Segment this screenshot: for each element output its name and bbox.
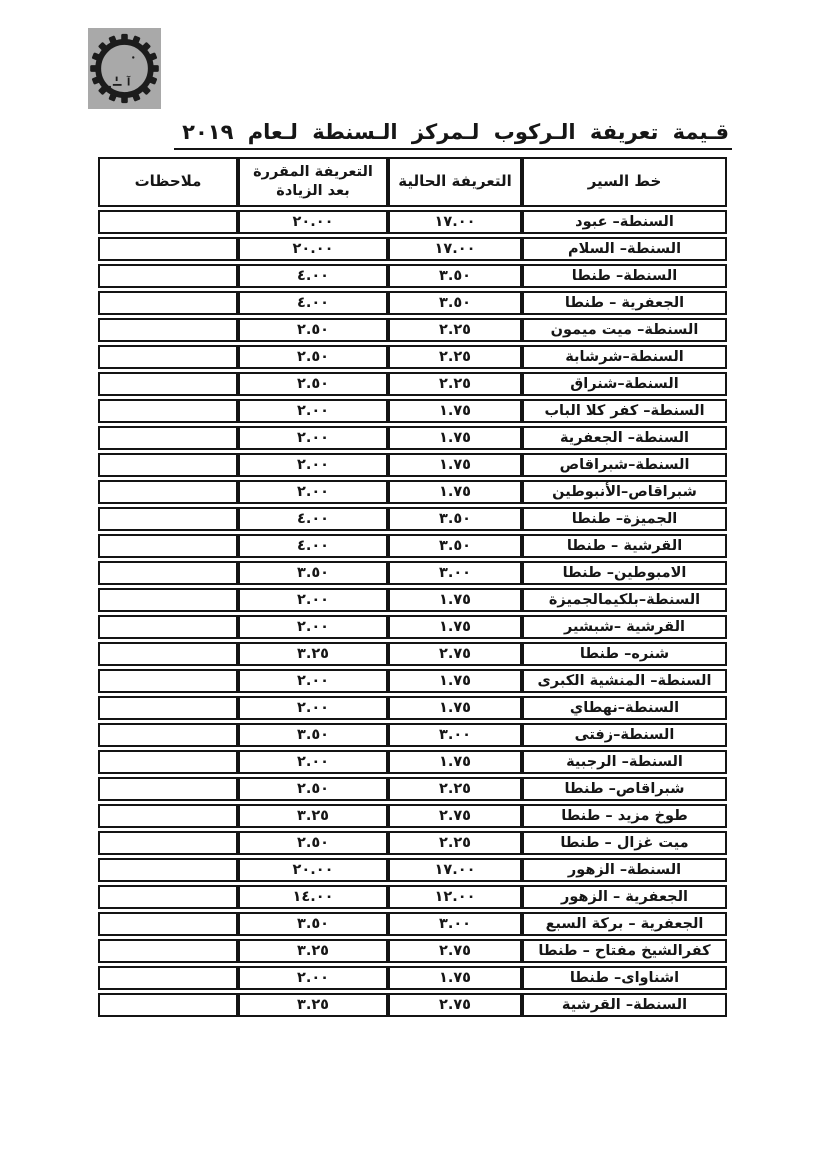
table-row: السنطة– الرجبية١.٧٥٢.٠٠ [98, 750, 727, 774]
column-header-approved-fare: التعريفة المقررة بعد الزيادة [238, 157, 388, 207]
current-fare-cell: ١.٧٥ [388, 750, 522, 774]
route-cell: القرشية –شبشير [522, 615, 727, 639]
current-fare-cell: ٣.٥٠ [388, 264, 522, 288]
current-fare-cell: ١٧.٠٠ [388, 858, 522, 882]
table-row: ميت غزال – طنطا٢.٢٥٢.٥٠ [98, 831, 727, 855]
approved-fare-cell: ٣.٢٥ [238, 804, 388, 828]
approved-fare-cell: ٢.٠٠ [238, 696, 388, 720]
route-cell: السنطة–شرشابة [522, 345, 727, 369]
notes-cell [98, 372, 238, 396]
approved-fare-cell: ٢.٥٠ [238, 345, 388, 369]
approved-fare-cell: ٣.٢٥ [238, 642, 388, 666]
table-row: السنطة– الجعفرية١.٧٥٢.٠٠ [98, 426, 727, 450]
current-fare-cell: ٣.٥٠ [388, 534, 522, 558]
approved-fare-cell: ٣.٢٥ [238, 993, 388, 1017]
route-cell: شبراقاص–الأنبوطين [522, 480, 727, 504]
current-fare-cell: ٢.٧٥ [388, 993, 522, 1017]
notes-cell [98, 237, 238, 261]
approved-fare-cell: ٢.٥٠ [238, 831, 388, 855]
approved-fare-cell: ٤.٠٠ [238, 534, 388, 558]
approved-fare-cell: ٢.٥٠ [238, 372, 388, 396]
table-row: السنطة– الزهور١٧.٠٠٢٠.٠٠ [98, 858, 727, 882]
approved-fare-cell: ٢.٠٠ [238, 588, 388, 612]
approved-fare-cell: ٣.٢٥ [238, 939, 388, 963]
current-fare-cell: ١.٧٥ [388, 669, 522, 693]
current-fare-cell: ١.٧٥ [388, 588, 522, 612]
notes-cell [98, 750, 238, 774]
table-row: شنره– طنطا٢.٧٥٣.٢٥ [98, 642, 727, 666]
current-fare-cell: ١.٧٥ [388, 399, 522, 423]
approved-fare-cell: ٢.٠٠ [238, 966, 388, 990]
fare-table-body: السنطة– عبود١٧.٠٠٢٠.٠٠السنطة– السلام١٧.٠… [98, 210, 727, 1017]
table-row: اشناواى– طنطا١.٧٥٢.٠٠ [98, 966, 727, 990]
route-cell: السنطة–شنراق [522, 372, 727, 396]
route-cell: السنطة– كفر كلا الباب [522, 399, 727, 423]
table-row: القرشية – طنطا٣.٥٠٤.٠٠ [98, 534, 727, 558]
scanned-document-page: آ قـيمة تعريفة الـركوب لـمركز الـسنطة لـ… [0, 0, 818, 1161]
route-cell: اشناواى– طنطا [522, 966, 727, 990]
route-cell: القرشية – طنطا [522, 534, 727, 558]
current-fare-cell: ١٧.٠٠ [388, 237, 522, 261]
table-row: السنطة–شرشابة٢.٢٥٢.٥٠ [98, 345, 727, 369]
current-fare-cell: ٢.٧٥ [388, 804, 522, 828]
notes-cell [98, 831, 238, 855]
route-cell: السنطة– الجعفرية [522, 426, 727, 450]
route-cell: الامبوطين– طنطا [522, 561, 727, 585]
approved-fare-cell: ٣.٥٠ [238, 912, 388, 936]
notes-cell [98, 534, 238, 558]
table-row: السنطة– القرشية٢.٧٥٣.٢٥ [98, 993, 727, 1017]
table-row: شبراقاص– طنطا٢.٢٥٢.٥٠ [98, 777, 727, 801]
current-fare-cell: ١.٧٥ [388, 480, 522, 504]
approved-fare-cell: ٢.٥٠ [238, 318, 388, 342]
fare-table-header: خط السير التعريفة الحالية التعريفة المقر… [98, 157, 727, 207]
column-header-route: خط السير [522, 157, 727, 207]
notes-cell [98, 264, 238, 288]
notes-cell [98, 966, 238, 990]
header-row: خط السير التعريفة الحالية التعريفة المقر… [98, 157, 727, 207]
table-row: القرشية –شبشير١.٧٥٢.٠٠ [98, 615, 727, 639]
table-row: السنطة–زفتى٣.٠٠٣.٥٠ [98, 723, 727, 747]
table-row: كفرالشيخ مفتاح – طنطا٢.٧٥٣.٢٥ [98, 939, 727, 963]
gear-stamp-logo: آ [88, 28, 161, 109]
current-fare-cell: ٢.٧٥ [388, 939, 522, 963]
approved-fare-cell: ٢.٠٠ [238, 480, 388, 504]
route-cell: الجعفرية – بركة السبع [522, 912, 727, 936]
notes-cell [98, 939, 238, 963]
route-cell: السنطة– ميت ميمون [522, 318, 727, 342]
notes-cell [98, 480, 238, 504]
table-row: السنطة– طنطا٣.٥٠٤.٠٠ [98, 264, 727, 288]
route-cell: الجعفرية – طنطا [522, 291, 727, 315]
approved-fare-cell: ٢.٠٠ [238, 453, 388, 477]
table-row: السنطة– عبود١٧.٠٠٢٠.٠٠ [98, 210, 727, 234]
current-fare-cell: ٢.٢٥ [388, 777, 522, 801]
current-fare-cell: ١.٧٥ [388, 966, 522, 990]
table-row: السنطة–نهطاي١.٧٥٢.٠٠ [98, 696, 727, 720]
table-row: السنطة–شبراقاص١.٧٥٢.٠٠ [98, 453, 727, 477]
current-fare-cell: ١.٧٥ [388, 426, 522, 450]
notes-cell [98, 507, 238, 531]
svg-text:آ: آ [126, 75, 131, 88]
fare-table: خط السير التعريفة الحالية التعريفة المقر… [98, 154, 727, 1020]
notes-cell [98, 345, 238, 369]
route-cell: السنطة– المنشية الكبرى [522, 669, 727, 693]
route-cell: السنطة– السلام [522, 237, 727, 261]
table-row: الامبوطين– طنطا٣.٠٠٣.٥٠ [98, 561, 727, 585]
table-row: السنطة– المنشية الكبرى١.٧٥٢.٠٠ [98, 669, 727, 693]
approved-fare-cell: ٢.٥٠ [238, 777, 388, 801]
notes-cell [98, 993, 238, 1017]
current-fare-cell: ١.٧٥ [388, 696, 522, 720]
notes-cell [98, 723, 238, 747]
approved-fare-cell: ٣.٥٠ [238, 561, 388, 585]
table-row: الجميزة– طنطا٣.٥٠٤.٠٠ [98, 507, 727, 531]
current-fare-cell: ١٢.٠٠ [388, 885, 522, 909]
notes-cell [98, 453, 238, 477]
notes-cell [98, 885, 238, 909]
approved-fare-cell: ٢.٠٠ [238, 615, 388, 639]
notes-cell [98, 318, 238, 342]
approved-fare-cell: ٢٠.٠٠ [238, 210, 388, 234]
column-header-notes: ملاحظات [98, 157, 238, 207]
route-cell: السنطة– القرشية [522, 993, 727, 1017]
route-cell: كفرالشيخ مفتاح – طنطا [522, 939, 727, 963]
approved-fare-cell: ٤.٠٠ [238, 264, 388, 288]
route-cell: طوخ مزيد – طنطا [522, 804, 727, 828]
route-cell: السنطة– طنطا [522, 264, 727, 288]
route-cell: السنطة– الرجبية [522, 750, 727, 774]
current-fare-cell: ٢.٧٥ [388, 642, 522, 666]
approved-fare-cell: ١٤.٠٠ [238, 885, 388, 909]
table-row: السنطة– ميت ميمون٢.٢٥٢.٥٠ [98, 318, 727, 342]
notes-cell [98, 642, 238, 666]
current-fare-cell: ١.٧٥ [388, 453, 522, 477]
approved-fare-cell: ٤.٠٠ [238, 507, 388, 531]
route-cell: السنطة–نهطاي [522, 696, 727, 720]
route-cell: الجعفرية – الزهور [522, 885, 727, 909]
notes-cell [98, 291, 238, 315]
current-fare-cell: ٢.٢٥ [388, 372, 522, 396]
notes-cell [98, 804, 238, 828]
notes-cell [98, 561, 238, 585]
approved-fare-cell: ٢.٠٠ [238, 399, 388, 423]
table-row: شبراقاص–الأنبوطين١.٧٥٢.٠٠ [98, 480, 727, 504]
current-fare-cell: ٢.٢٥ [388, 831, 522, 855]
current-fare-cell: ٣.٥٠ [388, 507, 522, 531]
approved-fare-cell: ٢.٠٠ [238, 750, 388, 774]
table-row: الجعفرية – بركة السبع٣.٠٠٣.٥٠ [98, 912, 727, 936]
notes-cell [98, 399, 238, 423]
route-cell: ميت غزال – طنطا [522, 831, 727, 855]
gear-stamp-icon: آ [88, 28, 161, 109]
approved-fare-cell: ٤.٠٠ [238, 291, 388, 315]
route-cell: السنطة–بلكيمالجميزة [522, 588, 727, 612]
route-cell: السنطة–زفتى [522, 723, 727, 747]
approved-fare-cell: ٢٠.٠٠ [238, 858, 388, 882]
notes-cell [98, 210, 238, 234]
route-cell: السنطة–شبراقاص [522, 453, 727, 477]
current-fare-cell: ٣.٠٠ [388, 561, 522, 585]
current-fare-cell: ٢.٢٥ [388, 318, 522, 342]
table-row: السنطة–بلكيمالجميزة١.٧٥٢.٠٠ [98, 588, 727, 612]
page-title: قـيمة تعريفة الـركوب لـمركز الـسنطة لـعا… [174, 120, 732, 150]
current-fare-cell: ٣.٥٠ [388, 291, 522, 315]
column-header-current-fare: التعريفة الحالية [388, 157, 522, 207]
route-cell: شنره– طنطا [522, 642, 727, 666]
current-fare-cell: ٣.٠٠ [388, 912, 522, 936]
current-fare-cell: ١٧.٠٠ [388, 210, 522, 234]
notes-cell [98, 858, 238, 882]
notes-cell [98, 426, 238, 450]
notes-cell [98, 777, 238, 801]
table-row: السنطة– السلام١٧.٠٠٢٠.٠٠ [98, 237, 727, 261]
approved-fare-cell: ٢.٠٠ [238, 426, 388, 450]
notes-cell [98, 588, 238, 612]
route-cell: الجميزة– طنطا [522, 507, 727, 531]
notes-cell [98, 696, 238, 720]
current-fare-cell: ٢.٢٥ [388, 345, 522, 369]
table-row: الجعفرية – طنطا٣.٥٠٤.٠٠ [98, 291, 727, 315]
table-row: الجعفرية – الزهور١٢.٠٠١٤.٠٠ [98, 885, 727, 909]
approved-fare-cell: ٣.٥٠ [238, 723, 388, 747]
notes-cell [98, 669, 238, 693]
route-cell: السنطة– الزهور [522, 858, 727, 882]
notes-cell [98, 912, 238, 936]
route-cell: شبراقاص– طنطا [522, 777, 727, 801]
table-row: طوخ مزيد – طنطا٢.٧٥٣.٢٥ [98, 804, 727, 828]
approved-fare-cell: ٢٠.٠٠ [238, 237, 388, 261]
route-cell: السنطة– عبود [522, 210, 727, 234]
notes-cell [98, 615, 238, 639]
table-row: السنطة– كفر كلا الباب١.٧٥٢.٠٠ [98, 399, 727, 423]
approved-fare-cell: ٢.٠٠ [238, 669, 388, 693]
current-fare-cell: ٣.٠٠ [388, 723, 522, 747]
current-fare-cell: ١.٧٥ [388, 615, 522, 639]
table-row: السنطة–شنراق٢.٢٥٢.٥٠ [98, 372, 727, 396]
